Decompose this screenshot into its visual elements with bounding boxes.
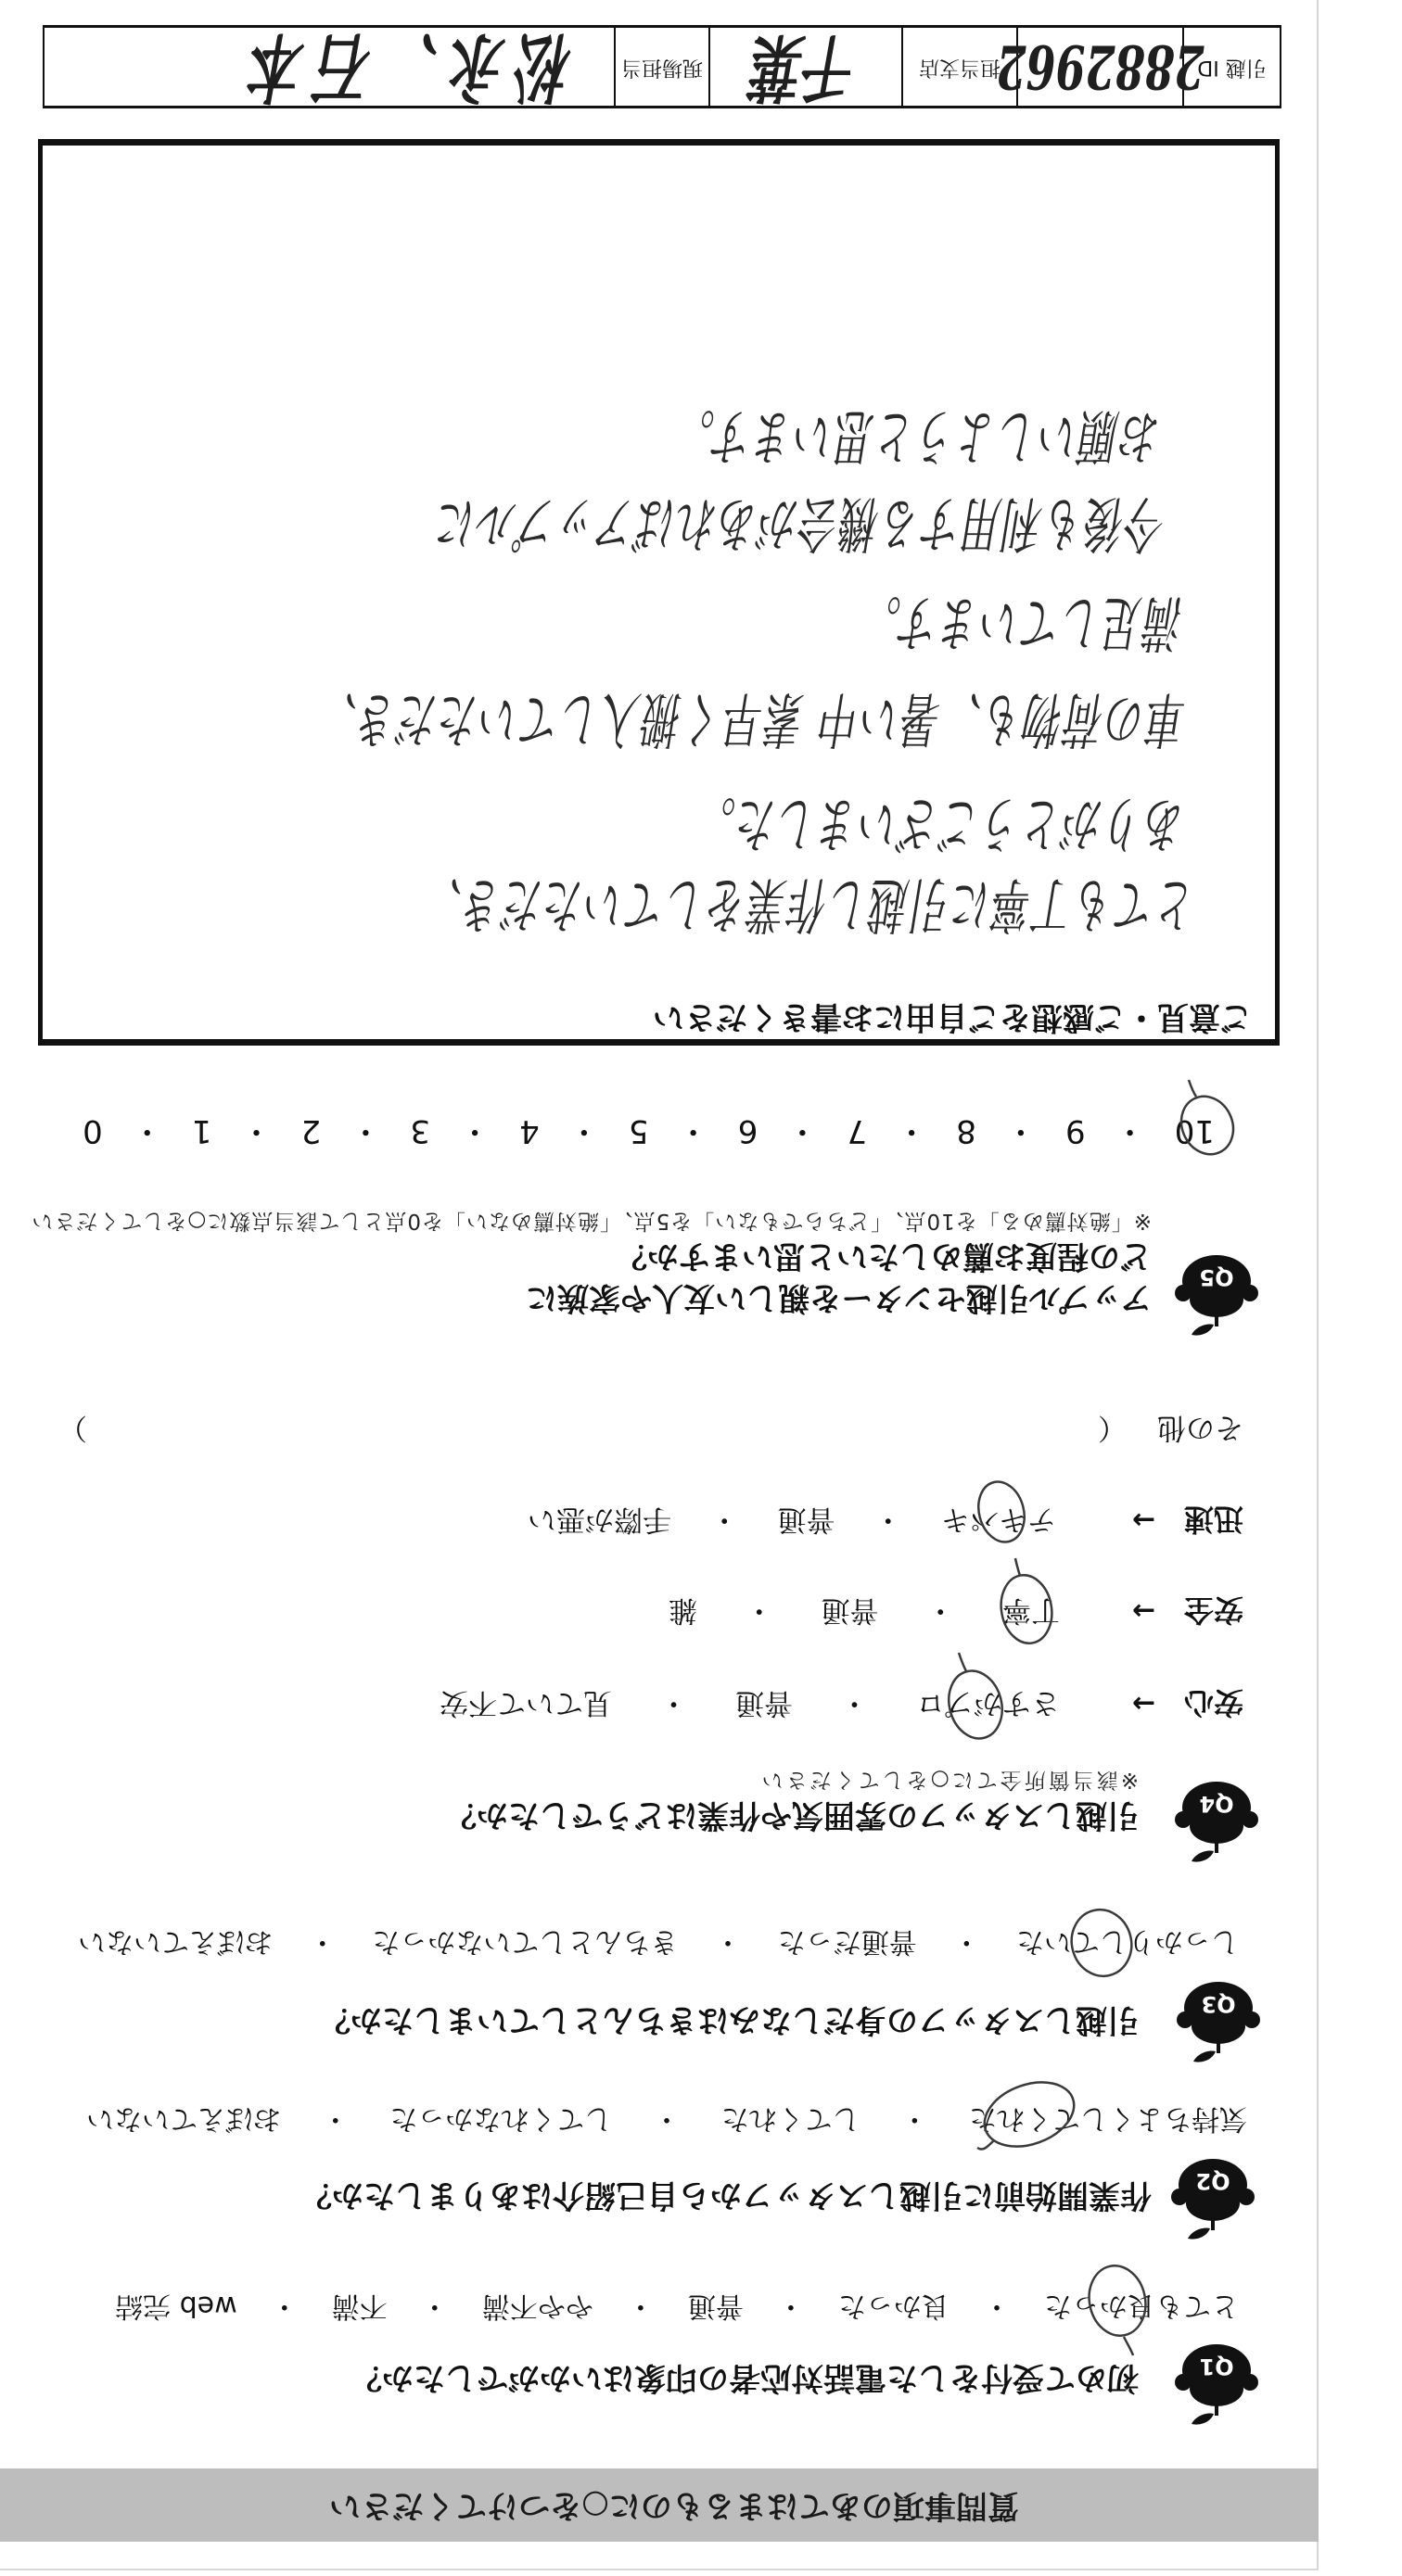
separator: ・ xyxy=(786,1110,818,1151)
q5-question-text-line1: アップル引越センターを親しい友人や家族に xyxy=(526,1279,1152,1316)
scale-value: 0 xyxy=(83,1110,103,1151)
scale-value: 3 xyxy=(410,1110,430,1151)
q1-apple-badge-icon: Q1 xyxy=(1174,2342,1259,2426)
separator: ・ xyxy=(271,2289,299,2322)
q3-option: 普通だった xyxy=(778,1924,917,1958)
separator: ・ xyxy=(132,1110,163,1151)
handwritten-comment-line: 車の荷物も、暑い中 素早く搬入していただき、 xyxy=(317,688,1187,748)
q4-row-label-reassurance: 安心 xyxy=(1184,1686,1243,1719)
q2-option: してくれた xyxy=(721,2101,860,2135)
separator: ・ xyxy=(926,1593,955,1627)
q2-option: 気持ちよくしてくれた xyxy=(969,2101,1247,2135)
separator: ・ xyxy=(659,1686,688,1719)
q1-option: 不満 xyxy=(332,2289,388,2322)
separator: ・ xyxy=(568,1110,600,1151)
separator: ・ xyxy=(840,1686,869,1719)
q3-option: きちんとしていなかった xyxy=(372,1924,678,1958)
q4-other-close-paren: ） xyxy=(58,1411,87,1444)
separator: ・ xyxy=(653,2101,681,2135)
handwritten-comment-line: お願いしようと思います。 xyxy=(674,405,1161,465)
q4-other-label: その他 xyxy=(1157,1411,1243,1444)
q1-option: 良かった xyxy=(838,2289,950,2322)
q4-question-text: 引越しスタッフの雰囲気や作業はどうでしたか？ xyxy=(445,1796,1139,1834)
separator: ・ xyxy=(678,1110,709,1151)
site-staff-value: 松永、石本 xyxy=(239,34,573,99)
q4-option: 丁寧 xyxy=(1002,1593,1060,1627)
move-id-value: 2882962 xyxy=(996,34,1204,99)
q4-option: 普通 xyxy=(822,1593,879,1627)
svg-text:Q3: Q3 xyxy=(1201,1991,1235,2017)
q4-option: テキパキ xyxy=(941,1503,1056,1536)
svg-text:Q1: Q1 xyxy=(1199,2354,1233,2379)
site-staff-label: 現場担当 xyxy=(621,55,703,79)
scale-value: 5 xyxy=(629,1110,649,1151)
q4-option: 雑 xyxy=(669,1593,697,1627)
q1-option: やや不満 xyxy=(482,2289,593,2322)
q2-question-text: 作業開始前に引越しスタッフから自己紹介はありましたか？ xyxy=(300,2176,1152,2214)
svg-text:Q5: Q5 xyxy=(1199,1264,1233,1290)
separator: ・ xyxy=(873,1503,902,1536)
survey-form-page: 質問事項のあてはまるものに○をつけてください Q1 初めて受付をした電話対応者の… xyxy=(0,0,1402,2576)
scale-value: 9 xyxy=(1065,1110,1086,1151)
separator: ・ xyxy=(777,2289,805,2322)
q4-row-safety-options: 丁寧 ・ 普通 ・ 雑 xyxy=(669,1593,1060,1627)
separator: ・ xyxy=(421,2289,449,2322)
separator: ・ xyxy=(241,1110,273,1151)
q5-rating-scale: 10 ・ 9 ・ 8 ・ 7 ・ 6 ・ 5 ・ 4 ・ 3 ・ 2 ・ 1 ・… xyxy=(83,1110,1215,1151)
branch-label: 担当支店 xyxy=(919,55,1001,79)
instruction-banner-text: 質問事項のあてはまるものに○をつけてください xyxy=(329,2487,1019,2524)
q1-options: とても良かった ・ 良かった ・ 普通 ・ やや不満 ・ 不満 ・ web 完結 xyxy=(115,2289,1239,2322)
branch-label-cell: 担当支店 xyxy=(901,28,1016,106)
scale-value: 2 xyxy=(301,1110,322,1151)
q5-apple-badge-icon: Q5 xyxy=(1174,1253,1259,1337)
handwritten-comment-line: 今後も利用する機会があればアップルに xyxy=(437,492,1166,552)
site-staff-value-cell: 松永、石本 xyxy=(45,28,614,106)
arrow-right-icon: → xyxy=(1132,1686,1155,1719)
q4-option: 見ていて不安 xyxy=(440,1686,612,1719)
q2-option: してくれなかった xyxy=(389,2101,612,2135)
instruction-banner: 質問事項のあてはまるものに○をつけてください xyxy=(0,2468,1319,2542)
handwritten-comment-line: とても丁寧に引越し作業をしていただき、 xyxy=(423,873,1196,933)
separator: ・ xyxy=(1115,1110,1146,1151)
svg-text:Q2: Q2 xyxy=(1195,2168,1230,2194)
q4-row-reassurance-options: さすがプロ ・ 普通 ・ 見ていて不安 xyxy=(440,1686,1060,1719)
scale-value: 8 xyxy=(956,1110,976,1151)
q2-apple-badge-icon: Q2 xyxy=(1170,2157,1255,2240)
arrow-right-icon: → xyxy=(1132,1593,1155,1627)
move-id-value-cell: 2882962 xyxy=(1016,28,1182,106)
branch-value: 千葉 xyxy=(754,34,858,99)
separator: ・ xyxy=(350,1110,381,1151)
q5-question-text-line2: どの程度お薦めしたいと思いますか？ xyxy=(616,1237,1152,1275)
q4-option: 手際が悪い xyxy=(528,1503,671,1536)
q1-option: web 完結 xyxy=(115,2289,237,2322)
q3-options: しっかりしていた ・ 普通だった ・ きちんとしていなかった ・ おぼえていない xyxy=(78,1924,1239,1958)
separator: ・ xyxy=(1005,1110,1037,1151)
q4-row-speed-options: テキパキ ・ 普通 ・ 手際が悪い xyxy=(528,1503,1056,1536)
scale-value: 1 xyxy=(192,1110,212,1151)
q4-other-open-paren: （ xyxy=(1098,1411,1127,1444)
q3-apple-badge-icon: Q3 xyxy=(1176,1980,1261,2063)
handwritten-comment-line: 満足しています。 xyxy=(860,591,1184,652)
q4-row-label-safety: 安全 xyxy=(1184,1593,1243,1627)
separator: ・ xyxy=(309,1924,337,1958)
q1-option: 普通 xyxy=(688,2289,744,2322)
scale-value: 10 xyxy=(1175,1110,1215,1151)
q4-option: さすがプロ xyxy=(916,1686,1060,1719)
q2-option: おぼえていない xyxy=(86,2101,281,2135)
separator: ・ xyxy=(710,1503,739,1536)
q5-note: ※「絶対薦める」を10点、「どちらでもない」を5点、「絶対薦めない」を0点として… xyxy=(31,1208,1152,1234)
q4-option: 普通 xyxy=(735,1686,793,1719)
site-staff-label-cell: 現場担当 xyxy=(614,28,708,106)
separator: ・ xyxy=(322,2101,350,2135)
separator: ・ xyxy=(900,2101,928,2135)
separator: ・ xyxy=(714,1924,742,1958)
separator: ・ xyxy=(627,2289,655,2322)
q4-apple-badge-icon: Q4 xyxy=(1174,1780,1259,1863)
scale-value: 6 xyxy=(738,1110,758,1151)
q4-row-label-speed: 迅速 xyxy=(1184,1503,1243,1536)
q2-options: 気持ちよくしてくれた ・ してくれた ・ してくれなかった ・ おぼえていない xyxy=(86,2101,1247,2135)
svg-text:Q4: Q4 xyxy=(1199,1791,1233,1817)
separator: ・ xyxy=(459,1110,491,1151)
q4-note: ※該当箇所全てに○をしてください xyxy=(759,1767,1139,1793)
q3-option: しっかりしていた xyxy=(1016,1924,1239,1958)
separator: ・ xyxy=(952,1924,980,1958)
scale-value: 7 xyxy=(847,1110,867,1151)
q4-option: 普通 xyxy=(778,1503,835,1536)
header-info-table: 引越 ID 2882962 担当支店 千葉 現場担当 松永、石本 xyxy=(43,25,1281,108)
separator: ・ xyxy=(983,2289,1011,2322)
q3-question-text: 引越しスタッフの身だしなみはきちんとしていましたか？ xyxy=(319,2001,1139,2038)
separator: ・ xyxy=(896,1110,927,1151)
separator: ・ xyxy=(745,1593,773,1627)
q3-option: おぼえていない xyxy=(78,1924,273,1958)
scale-value: 4 xyxy=(519,1110,540,1151)
comment-heading: ご意見・ご感想をご自由にお書きください xyxy=(653,998,1252,1035)
move-id-label: 引越 ID xyxy=(1197,55,1266,79)
arrow-right-icon: → xyxy=(1132,1503,1155,1536)
q1-question-text: 初めて受付をした電話対応者の印象はいかがでしたか？ xyxy=(350,2359,1139,2396)
branch-value-cell: 千葉 xyxy=(708,28,901,106)
handwritten-comment-line: ありがとうございました。 xyxy=(695,793,1185,853)
comment-box: ご意見・ご感想をご自由にお書きください とても丁寧に引越し作業をしていただき、 … xyxy=(38,139,1280,1046)
q1-option: とても良かった xyxy=(1044,2289,1239,2322)
